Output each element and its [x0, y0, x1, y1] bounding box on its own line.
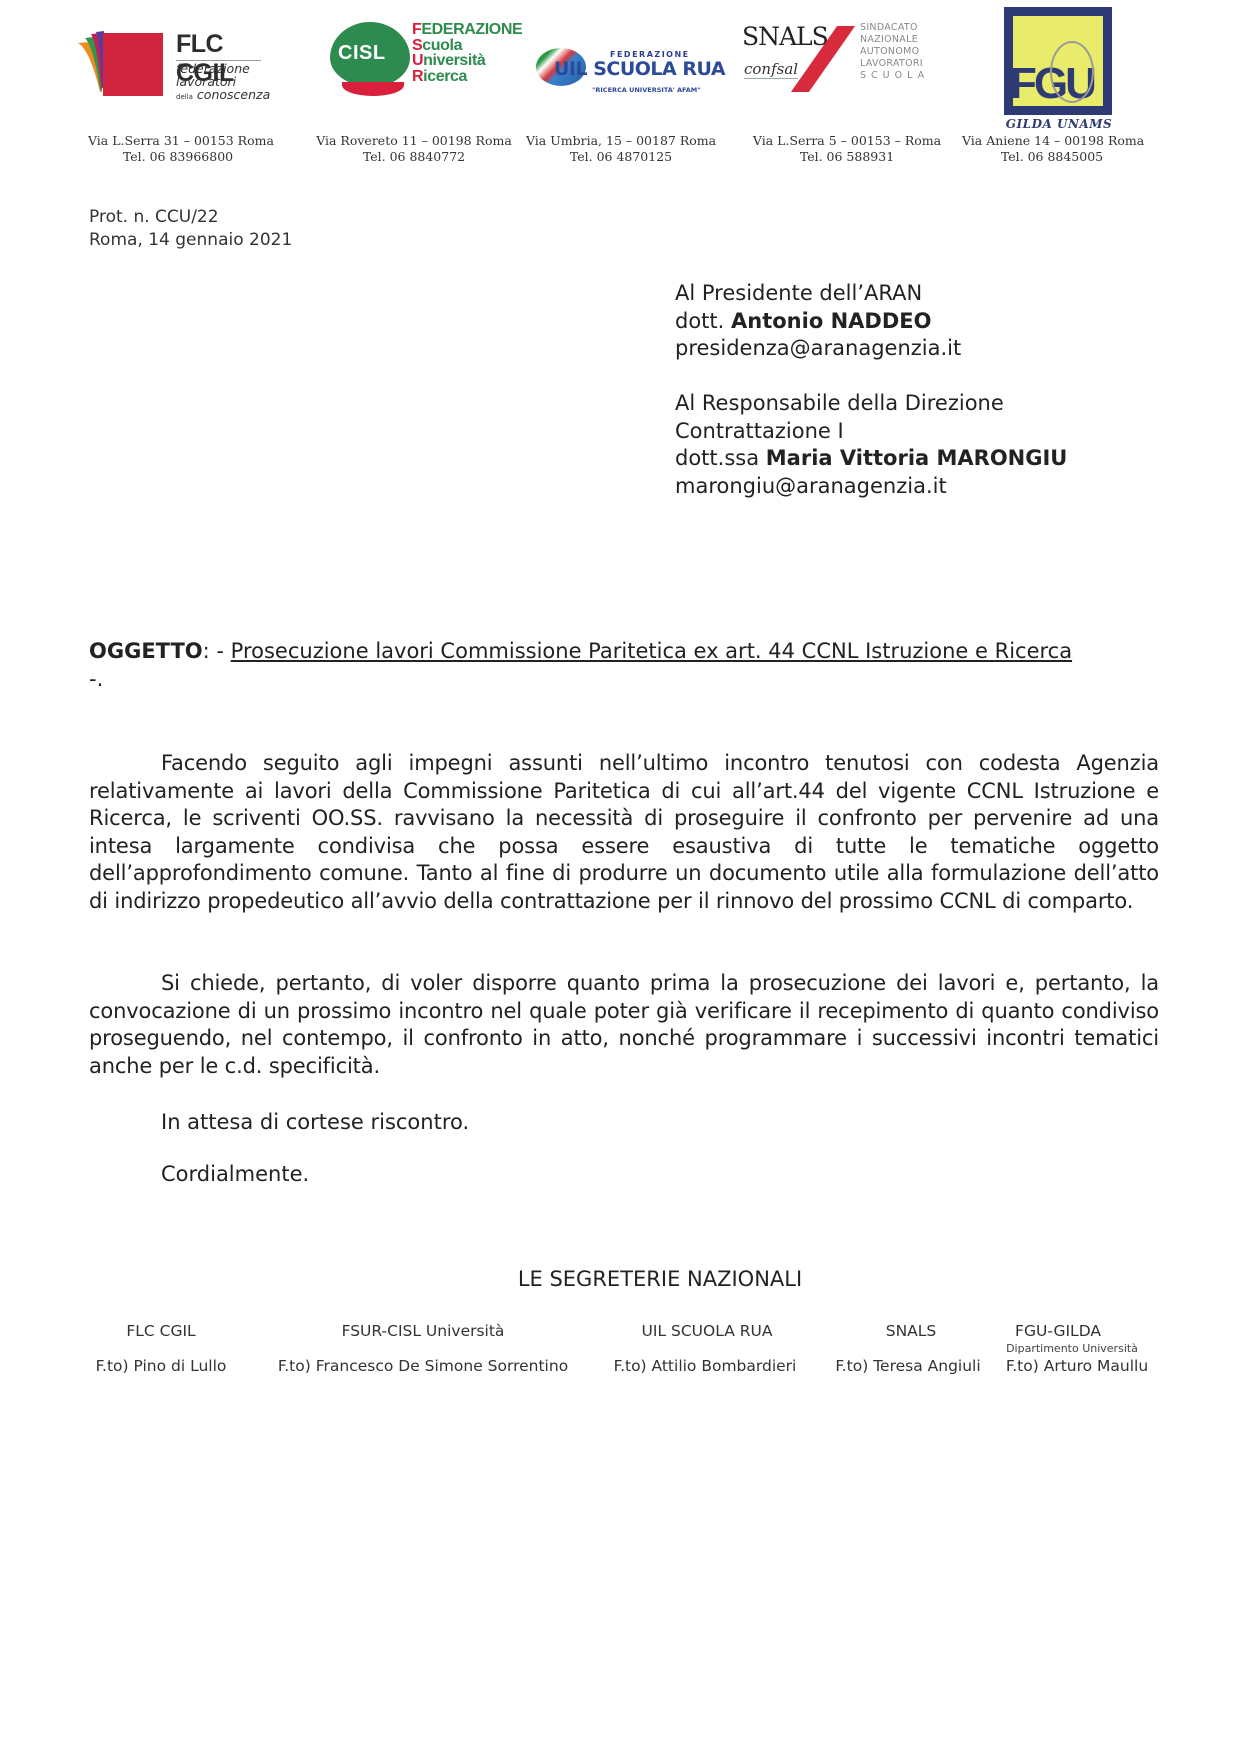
- uil-tagline: "RICERCA UNIVERSITA' AFAM": [592, 86, 701, 94]
- recipient-1: Al Presidente dell’ARAN dott. Antonio NA…: [675, 280, 1067, 363]
- recipient-name: Antonio NADDEO: [731, 309, 931, 333]
- recipient-2: Al Responsabile della Direzione Contratt…: [675, 390, 1067, 500]
- recipient-email: marongiu@aranagenzia.it: [675, 473, 1067, 501]
- signer-org: UIL SCUOLA RUA: [642, 1322, 773, 1340]
- fgu-name: GILDA UNAMS: [1004, 117, 1114, 131]
- cisl-wordmark: CISL: [338, 42, 386, 65]
- uil-scuola-rua-logo: FEDERAZIONE UIL SCUOLA RUA "RICERCA UNIV…: [536, 36, 726, 100]
- cisl-fsur-logo: CISL FEDERAZIONE Scuola Università Ricer…: [330, 22, 520, 102]
- cisl-fsur-address: Via Rovereto 11 – 00198 Roma Tel. 06 884…: [316, 133, 512, 165]
- snals-wordmark: SNALS: [742, 22, 828, 51]
- signer-name: F.to) Francesco De Simone Sorrentino: [278, 1357, 568, 1375]
- signer-name: F.to) Teresa Angiuli: [835, 1357, 980, 1375]
- uil-wordmark: UIL SCUOLA RUA: [554, 58, 725, 80]
- signer-org: FLC CGIL: [126, 1322, 195, 1340]
- fgu-gilda-address: Via Aniene 14 – 00198 Roma Tel. 06 88450…: [962, 133, 1142, 165]
- flc-cgil-address: Via L.Serra 31 – 00153 Roma Tel. 06 8396…: [88, 133, 268, 165]
- snals-address: Via L.Serra 5 – 00153 – Roma Tel. 06 588…: [752, 133, 942, 165]
- place-date: Roma, 14 gennaio 2021: [89, 229, 292, 252]
- subject-label: OGGETTO: [89, 639, 203, 663]
- signer-name: F.to) Attilio Bombardieri: [614, 1357, 797, 1375]
- protocol-block: Prot. n. CCU/22 Roma, 14 gennaio 2021: [89, 206, 292, 252]
- snals-full-name: SINDACATO NAZIONALE AUTONOMO LAVORATORI …: [860, 22, 929, 82]
- recipient-email: presidenza@aranagenzia.it: [675, 335, 1067, 363]
- fgu-gilda-logo: FGU GILDA UNAMS: [1004, 7, 1114, 132]
- body-paragraph-2: Si chiede, pertanto, di voler disporre q…: [89, 970, 1159, 1080]
- signer-org: FGU-GILDA: [1015, 1322, 1101, 1340]
- signer-org: SNALS: [886, 1322, 937, 1340]
- subject-text: Prosecuzione lavori Commissione Pariteti…: [231, 639, 1072, 663]
- salutation: Cordialmente.: [161, 1162, 309, 1186]
- fgu-figure-icon: [1050, 41, 1094, 103]
- cisl-red-swoosh-icon: [342, 82, 404, 96]
- protocol-number: Prot. n. CCU/22: [89, 206, 292, 229]
- fsur-wordmark: FEDERAZIONE Scuola Università Ricerca: [412, 22, 522, 84]
- closing-line: In attesa di cortese riscontro.: [161, 1110, 469, 1134]
- snals-logo: SNALS confsal SINDACATO NAZIONALE AUTONO…: [742, 18, 932, 88]
- recipient-name: Maria Vittoria MARONGIU: [766, 446, 1068, 470]
- signatures-heading: LE SEGRETERIE NAZIONALI: [0, 1267, 1240, 1291]
- uil-scuola-rua-address: Via Umbria, 15 – 00187 Roma Tel. 06 4870…: [526, 133, 716, 165]
- signer-name: F.to) Pino di Lullo: [96, 1357, 227, 1375]
- body-paragraph-1: Facendo seguito agli impegni assunti nel…: [89, 750, 1159, 916]
- subject-line: OGGETTO: - Prosecuzione lavori Commissio…: [89, 638, 1089, 693]
- flc-cgil-tagline: federazione lavoratori della conoscenza: [176, 62, 270, 104]
- recipients-block: Al Presidente dell’ARAN dott. Antonio NA…: [675, 280, 1067, 500]
- signer-name: F.to) Arturo Maullu: [1006, 1357, 1148, 1375]
- signer-org: FSUR-CISL Università: [342, 1322, 505, 1340]
- signer-department: Dipartimento Università: [1006, 1342, 1138, 1355]
- flc-cgil-sheets-icon: [76, 30, 166, 100]
- confsal-wordmark: confsal: [744, 60, 798, 79]
- flc-cgil-logo: FLC CGIL federazione lavoratori della co…: [76, 30, 276, 100]
